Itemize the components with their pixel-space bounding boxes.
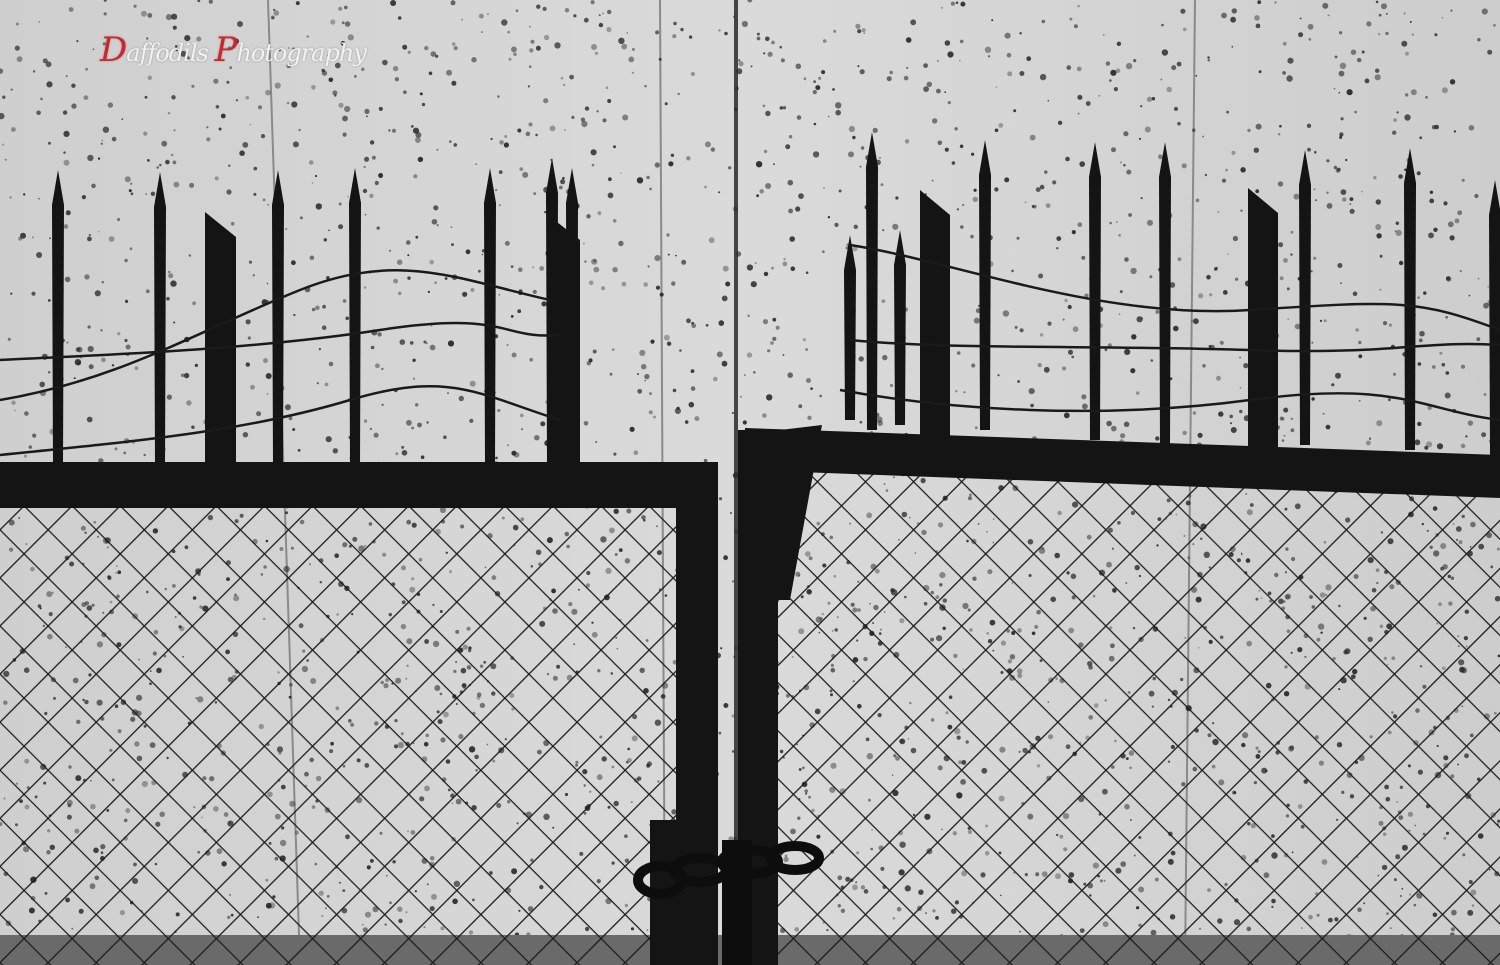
right-mesh [770, 470, 1500, 965]
photograph: Daffodils Photography [0, 0, 1500, 965]
left-mesh [0, 505, 690, 965]
padlock [722, 840, 752, 965]
watermark-initial-p: P [214, 30, 236, 70]
watermark: Daffodils Photography [100, 30, 366, 70]
watermark-word-1: affodils [126, 39, 214, 67]
watermark-word-2: hotography [236, 39, 366, 67]
gate-scene [0, 0, 1500, 965]
watermark-initial-d: D [100, 30, 126, 70]
